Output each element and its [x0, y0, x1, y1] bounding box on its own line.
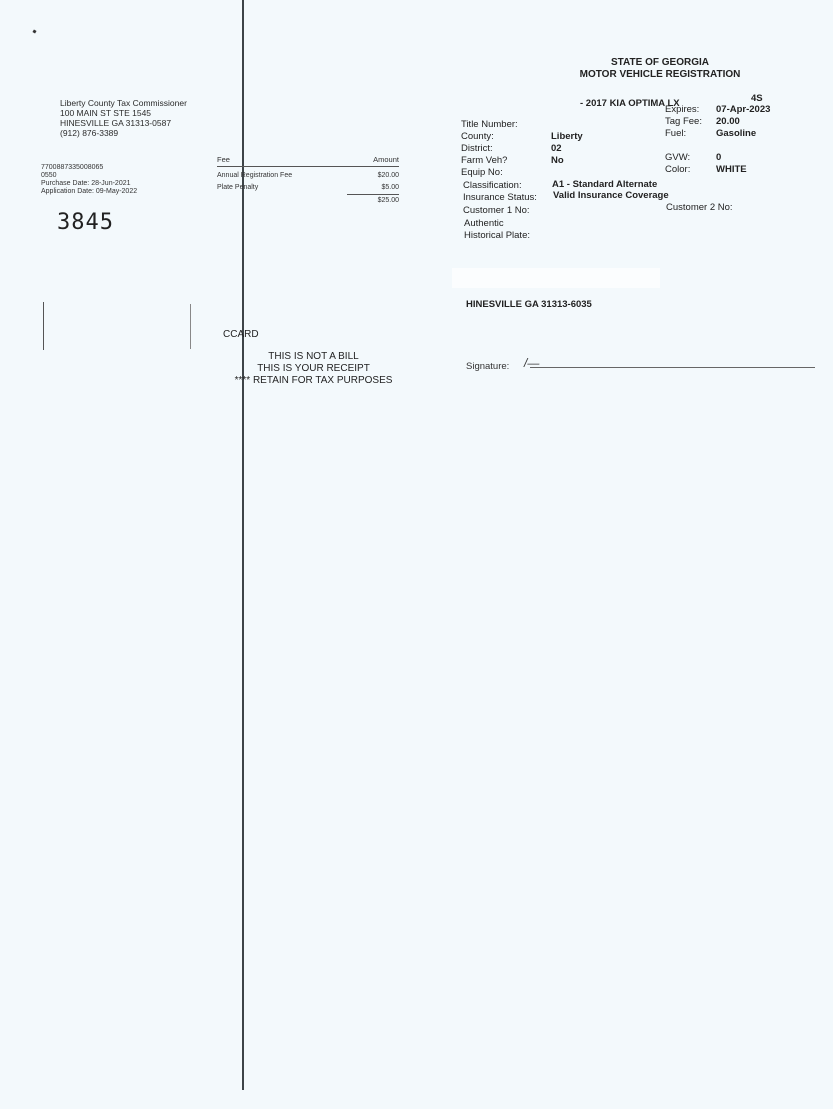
classification-label: Classification: [463, 180, 522, 191]
fee-amount: $20.00 [378, 172, 399, 179]
office-address2: HINESVILLE GA 31313-0587 [60, 118, 187, 128]
tag-fee-label: Tag Fee: [665, 116, 702, 127]
signature-label: Signature: [466, 361, 509, 372]
expires-label: Expires: [665, 104, 699, 115]
amount-header: Amount [373, 155, 399, 164]
fee-label: Annual Registration Fee [217, 172, 292, 179]
district-label: District: [461, 143, 493, 154]
office-phone: (912) 876-3389 [60, 128, 187, 138]
gvw-label: GVW: [665, 152, 690, 163]
fee-total: $25.00 [217, 197, 399, 204]
stray-mark [32, 29, 36, 33]
redacted-address [452, 268, 660, 288]
notice-line1: THIS IS NOT A BILL [220, 351, 407, 363]
fee-row: Plate Penalty $5.00 [217, 184, 399, 191]
customer1-label: Customer 1 No: [463, 205, 530, 216]
notice-line3: **** RETAIN FOR TAX PURPOSES [220, 375, 407, 387]
account-code: 0550 [41, 172, 137, 180]
fee-table: Fee Amount Annual Registration Fee $20.0… [217, 155, 399, 204]
notice-line2: THIS IS YOUR RECEIPT [220, 363, 407, 375]
fee-table-header: Fee Amount [217, 155, 399, 167]
authentic-label: Authentic [464, 218, 504, 229]
title-number-label: Title Number: [461, 119, 518, 130]
account-info: 7700887335008065 0550 Purchase Date: 28-… [41, 164, 137, 196]
fuel-label: Fuel: [665, 128, 686, 139]
office-name: Liberty County Tax Commissioner [60, 98, 187, 108]
expires-value: 07-Apr-2023 [716, 104, 770, 115]
insurance-value: Valid Insurance Coverage [553, 190, 669, 201]
account-number: 7700887335008065 [41, 164, 137, 172]
purchase-date: Purchase Date: 28-Jun-2021 [41, 180, 137, 188]
farm-vehicle-value: No [551, 155, 564, 166]
county-value: Liberty [551, 131, 583, 142]
total-divider [347, 194, 399, 195]
receipt-number: 3845 [57, 210, 114, 235]
body-code: 4S [751, 93, 763, 104]
fee-row: Annual Registration Fee $20.00 [217, 172, 399, 179]
registration-heading: STATE OF GEORGIA MOTOR VEHICLE REGISTRAT… [560, 57, 760, 81]
payment-method: CCARD [223, 329, 259, 340]
customer2-label: Customer 2 No: [666, 202, 733, 213]
state-name: STATE OF GEORGIA [560, 57, 760, 69]
insurance-label: Insurance Status: [463, 192, 537, 203]
signature-line [530, 367, 815, 368]
application-date: Application Date: 09-May-2022 [41, 188, 137, 196]
farm-vehicle-label: Farm Veh? [461, 155, 507, 166]
bracket-left [43, 302, 44, 350]
bracket-right [190, 304, 191, 349]
owner-city-line: HINESVILLE GA 31313-6035 [466, 299, 592, 310]
color-value: WHITE [716, 164, 747, 175]
county-label: County: [461, 131, 494, 142]
gvw-value: 0 [716, 152, 721, 163]
fee-header: Fee [217, 155, 230, 164]
tag-fee-value: 20.00 [716, 116, 740, 127]
fuel-value: Gasoline [716, 128, 756, 139]
document-title: MOTOR VEHICLE REGISTRATION [560, 69, 760, 81]
color-label: Color: [665, 164, 690, 175]
tax-office-address: Liberty County Tax Commissioner 100 MAIN… [60, 98, 187, 138]
signature-mark: /— [524, 356, 539, 370]
receipt-notice: THIS IS NOT A BILL THIS IS YOUR RECEIPT … [220, 351, 407, 387]
district-value: 02 [551, 143, 562, 154]
fee-amount: $5.00 [381, 184, 399, 191]
classification-value: A1 - Standard Alternate [552, 179, 657, 190]
fee-label: Plate Penalty [217, 184, 258, 191]
office-address1: 100 MAIN ST STE 1545 [60, 108, 187, 118]
historical-plate-label: Historical Plate: [464, 230, 530, 241]
equip-no-label: Equip No: [461, 167, 503, 178]
